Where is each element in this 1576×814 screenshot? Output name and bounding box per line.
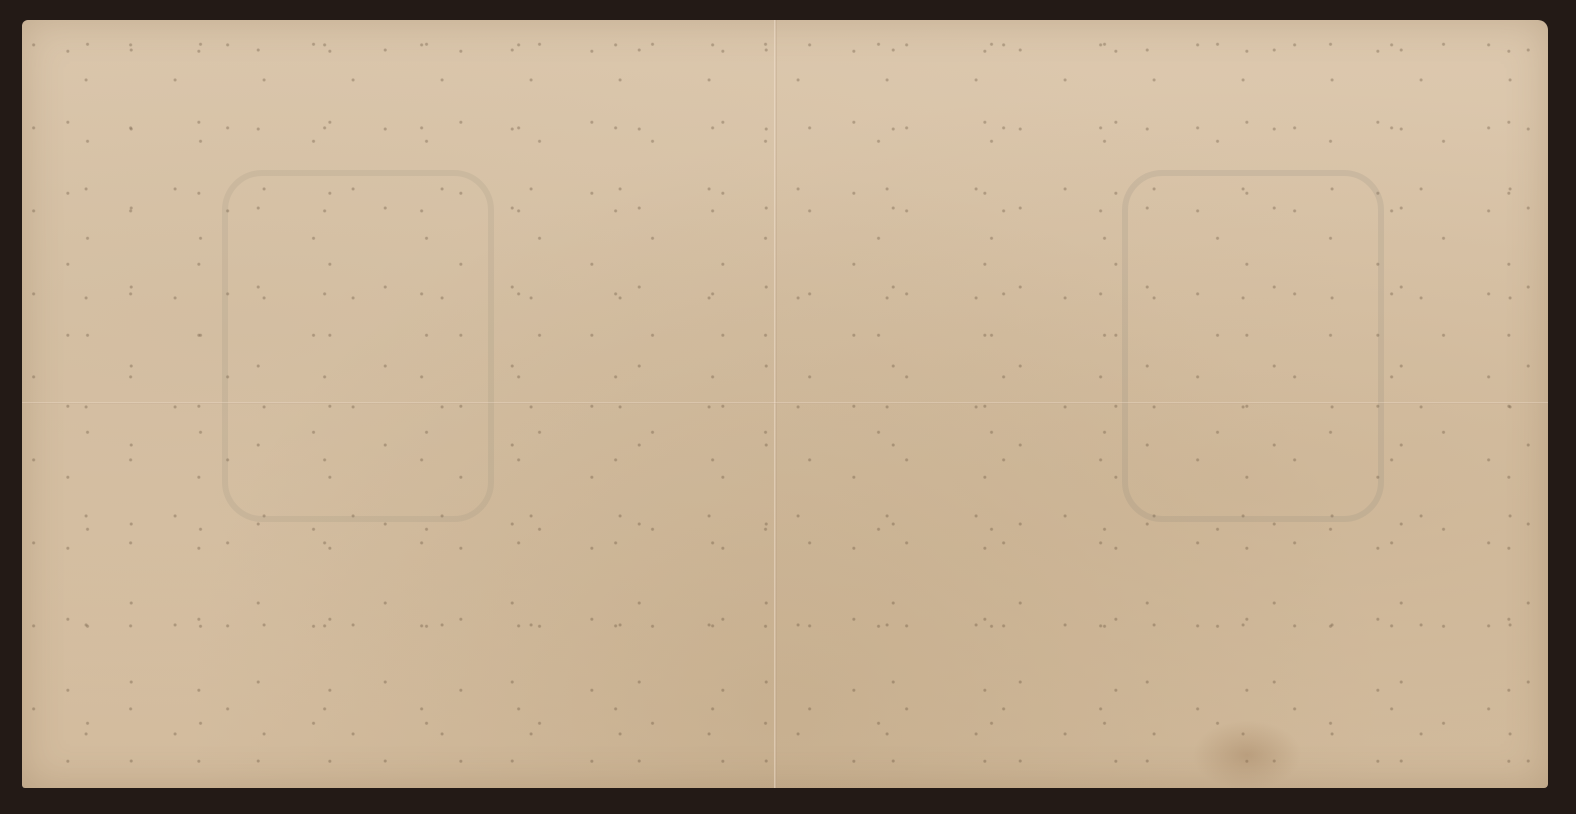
vertical-fold bbox=[774, 20, 777, 788]
banknote-reverse bbox=[22, 20, 1548, 788]
show-through-frame-left bbox=[222, 170, 494, 522]
show-through-frame-right bbox=[1122, 170, 1384, 522]
horizontal-fold bbox=[22, 402, 1548, 404]
paper-stain bbox=[1192, 720, 1302, 790]
